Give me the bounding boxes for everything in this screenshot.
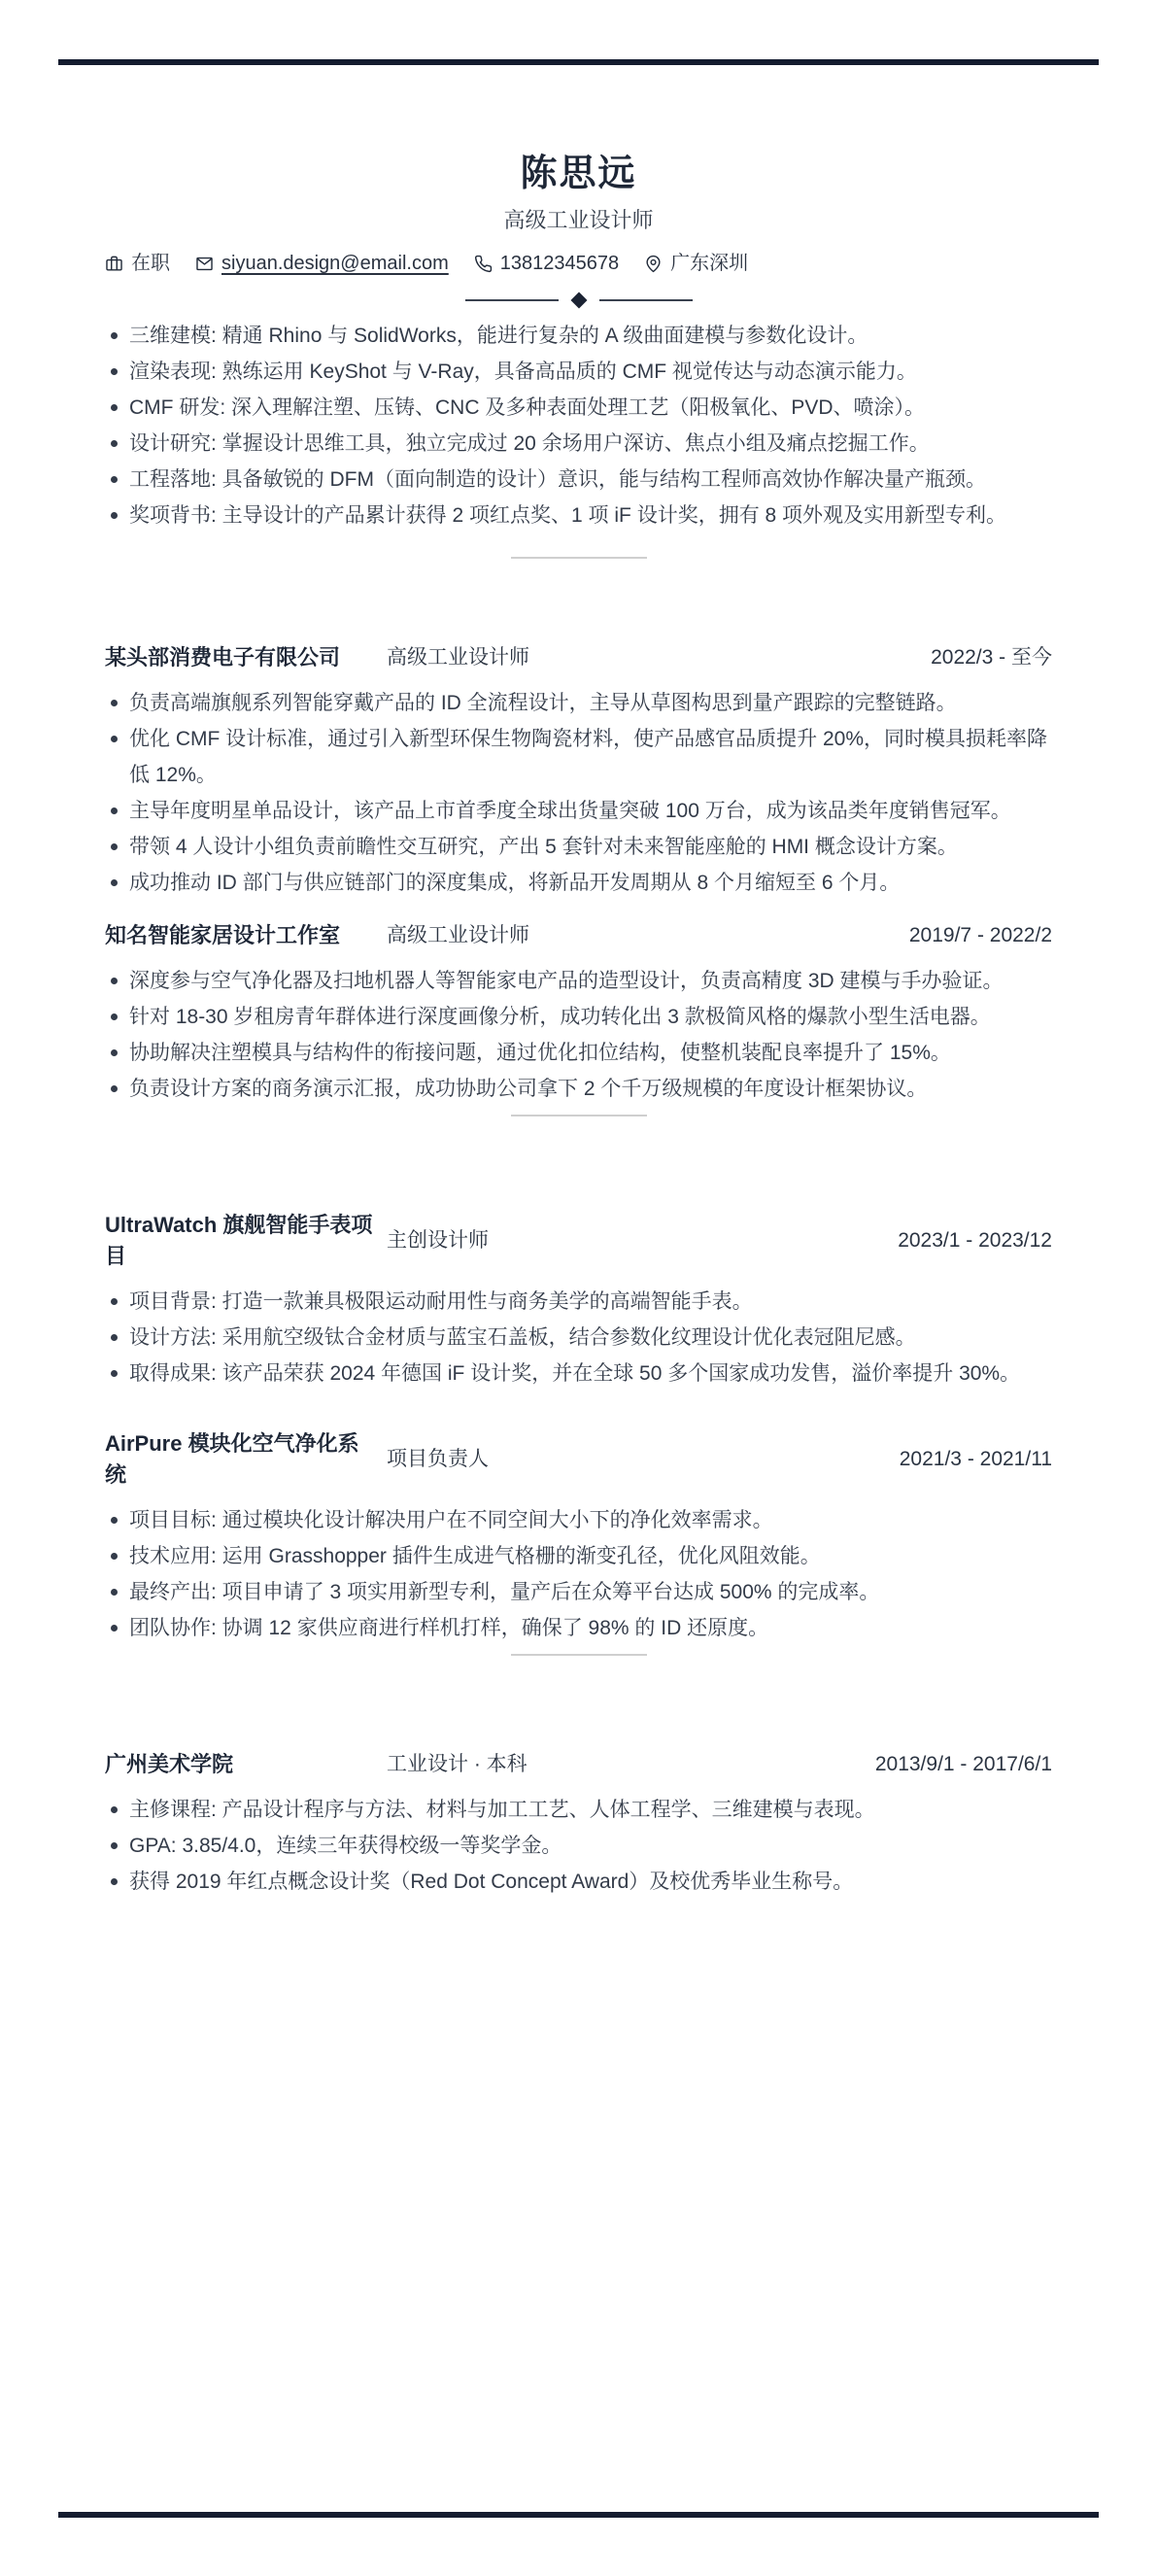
- mail-icon: [195, 255, 214, 273]
- skill-item: 奖项背书: 主导设计的产品累计获得 2 项红点奖、1 项 iF 设计奖，拥有 8…: [105, 498, 1052, 533]
- bullet-item: 团队协作: 协调 12 家供应商进行样机打样，确保了 98% 的 ID 还原度。: [105, 1610, 1052, 1646]
- phone-icon: [474, 255, 493, 273]
- bullet-item: 协助解决注塑模具与结构件的衔接问题，通过优化扣位结构，使整机装配良率提升了 15…: [105, 1035, 1052, 1071]
- resume-body: 三维建模: 精通 Rhino 与 SolidWorks，能进行复杂的 A 级曲面…: [0, 318, 1157, 1900]
- resume-job-title: 高级工业设计师: [0, 207, 1157, 234]
- company-name: 知名智能家居设计工作室: [105, 920, 387, 951]
- diamond-divider: [0, 294, 1157, 306]
- project-bullets: 项目目标: 通过模块化设计解决用户在不同空间大小下的净化效率需求。 技术应用: …: [105, 1502, 1052, 1646]
- bullet-item: 取得成果: 该产品荣获 2024 年德国 iF 设计奖，并在全球 50 多个国家…: [105, 1356, 1052, 1391]
- education-bullets: 主修课程: 产品设计程序与方法、材料与加工工艺、人体工程学、三维建模与表现。 G…: [105, 1792, 1052, 1900]
- contact-status: 在职: [105, 250, 170, 277]
- divider-line-right: [599, 299, 693, 301]
- experience-entry: 某头部消费电子有限公司 高级工业设计师 2022/3 - 至今 负责高端旗舰系列…: [105, 642, 1052, 901]
- education-heading: 广州美术学院 工业设计 · 本科 2013/9/1 - 2017/6/1: [105, 1749, 1052, 1780]
- project-dates: 2023/1 - 2023/12: [898, 1225, 1052, 1256]
- education-dates: 2013/9/1 - 2017/6/1: [875, 1749, 1052, 1780]
- skill-item: CMF 研发: 深入理解注塑、压铸、CNC 及多种表面处理工艺（阳极氧化、PVD…: [105, 390, 1052, 426]
- skill-item: 渲染表现: 熟练运用 KeyShot 与 V-Ray，具备高品质的 CMF 视觉…: [105, 354, 1052, 390]
- email-link[interactable]: siyuan.design@email.com: [221, 250, 449, 277]
- bullet-item: 设计方法: 采用航空级钛合金材质与蓝宝石盖板，结合参数化纹理设计优化表冠阻尼感。: [105, 1320, 1052, 1356]
- phone-number: 13812345678: [500, 250, 619, 277]
- contact-email: siyuan.design@email.com: [195, 250, 449, 277]
- project-role: 项目负责人: [387, 1444, 489, 1475]
- contact-row: 在职 siyuan.design@email.com 13812345678 广…: [105, 250, 1157, 277]
- experience-bullets: 负责高端旗舰系列智能穿戴产品的 ID 全流程设计，主导从草图构思到量产跟踪的完整…: [105, 685, 1052, 901]
- top-accent-bar: [58, 59, 1099, 65]
- contact-status-label: 在职: [131, 250, 170, 277]
- degree: 工业设计 · 本科: [387, 1749, 527, 1780]
- project-entry: AirPure 模块化空气净化系统 项目负责人 2021/3 - 2021/11…: [105, 1428, 1052, 1646]
- bullet-item: 获得 2019 年红点概念设计奖（Red Dot Concept Award）及…: [105, 1864, 1052, 1900]
- skills-list: 三维建模: 精通 Rhino 与 SolidWorks，能进行复杂的 A 级曲面…: [105, 318, 1052, 533]
- section-divider: [511, 557, 647, 559]
- section-divider: [511, 1115, 647, 1116]
- project-dates: 2021/3 - 2021/11: [900, 1444, 1052, 1475]
- bullet-item: 负责设计方案的商务演示汇报，成功协助公司拿下 2 个千万级规模的年度设计框架协议…: [105, 1071, 1052, 1107]
- education-entry: 广州美术学院 工业设计 · 本科 2013/9/1 - 2017/6/1 主修课…: [105, 1749, 1052, 1900]
- bottom-accent-bar: [58, 2512, 1099, 2518]
- bullet-item: 项目背景: 打造一款兼具极限运动耐用性与商务美学的高端智能手表。: [105, 1284, 1052, 1320]
- bullet-item: 技术应用: 运用 Grasshopper 插件生成进气格栅的渐变孔径，优化风阻效…: [105, 1538, 1052, 1574]
- resume-page: 陈思远 高级工业设计师 在职 siyuan.design@email.com 1…: [0, 0, 1157, 2576]
- bullet-item: 负责高端旗舰系列智能穿戴产品的 ID 全流程设计，主导从草图构思到量产跟踪的完整…: [105, 685, 1052, 721]
- bullet-item: 针对 18-30 岁租房青年群体进行深度画像分析，成功转化出 3 款极简风格的爆…: [105, 999, 1052, 1035]
- bullet-item: 优化 CMF 设计标准，通过引入新型环保生物陶瓷材料，使产品感官品质提升 20%…: [105, 721, 1052, 793]
- resume-name: 陈思远: [0, 151, 1157, 197]
- bullet-item: 主修课程: 产品设计程序与方法、材料与加工工艺、人体工程学、三维建模与表现。: [105, 1792, 1052, 1828]
- project-heading: AirPure 模块化空气净化系统 项目负责人 2021/3 - 2021/11: [105, 1428, 1052, 1491]
- project-heading: UltraWatch 旗舰智能手表项目 主创设计师 2023/1 - 2023/…: [105, 1210, 1052, 1272]
- bullet-item: 深度参与空气净化器及扫地机器人等智能家电产品的造型设计，负责高精度 3D 建模与…: [105, 963, 1052, 999]
- bullet-item: 主导年度明星单品设计，该产品上市首季度全球出货量突破 100 万台，成为该品类年…: [105, 793, 1052, 829]
- divider-line-left: [465, 299, 559, 301]
- contact-phone: 13812345678: [474, 250, 619, 277]
- map-pin-icon: [644, 255, 663, 273]
- bullet-item: 带领 4 人设计小组负责前瞻性交互研究，产出 5 套针对未来智能座舱的 HMI …: [105, 829, 1052, 865]
- skill-item: 设计研究: 掌握设计思维工具，独立完成过 20 余场用户深访、焦点小组及痛点挖掘…: [105, 426, 1052, 462]
- bullet-item: 最终产出: 项目申请了 3 项实用新型专利，量产后在众筹平台达成 500% 的完…: [105, 1574, 1052, 1610]
- company-name: 某头部消费电子有限公司: [105, 642, 387, 673]
- job-role: 高级工业设计师: [387, 642, 529, 673]
- section-divider: [511, 1654, 647, 1656]
- project-entry: UltraWatch 旗舰智能手表项目 主创设计师 2023/1 - 2023/…: [105, 1210, 1052, 1391]
- experience-heading: 某头部消费电子有限公司 高级工业设计师 2022/3 - 至今: [105, 642, 1052, 673]
- project-name: UltraWatch 旗舰智能手表项目: [105, 1210, 387, 1272]
- diamond-icon: [570, 292, 587, 309]
- job-dates: 2022/3 - 至今: [931, 642, 1052, 673]
- experience-heading: 知名智能家居设计工作室 高级工业设计师 2019/7 - 2022/2: [105, 920, 1052, 951]
- bullet-item: 项目目标: 通过模块化设计解决用户在不同空间大小下的净化效率需求。: [105, 1502, 1052, 1538]
- project-bullets: 项目背景: 打造一款兼具极限运动耐用性与商务美学的高端智能手表。 设计方法: 采…: [105, 1284, 1052, 1391]
- project-role: 主创设计师: [387, 1225, 489, 1256]
- experience-bullets: 深度参与空气净化器及扫地机器人等智能家电产品的造型设计，负责高精度 3D 建模与…: [105, 963, 1052, 1107]
- skill-item: 三维建模: 精通 Rhino 与 SolidWorks，能进行复杂的 A 级曲面…: [105, 318, 1052, 354]
- contact-location: 广东深圳: [644, 250, 748, 277]
- job-role: 高级工业设计师: [387, 920, 529, 951]
- experience-entry: 知名智能家居设计工作室 高级工业设计师 2019/7 - 2022/2 深度参与…: [105, 920, 1052, 1107]
- skill-item: 工程落地: 具备敏锐的 DFM（面向制造的设计）意识，能与结构工程师高效协作解决…: [105, 462, 1052, 498]
- project-name: AirPure 模块化空气净化系统: [105, 1428, 387, 1491]
- bullet-item: 成功推动 ID 部门与供应链部门的深度集成，将新品开发周期从 8 个月缩短至 6…: [105, 865, 1052, 901]
- location-label: 广东深圳: [670, 250, 748, 277]
- bullet-item: GPA: 3.85/4.0，连续三年获得校级一等奖学金。: [105, 1828, 1052, 1864]
- job-dates: 2019/7 - 2022/2: [909, 920, 1052, 951]
- school-name: 广州美术学院: [105, 1749, 387, 1780]
- briefcase-icon: [105, 255, 123, 273]
